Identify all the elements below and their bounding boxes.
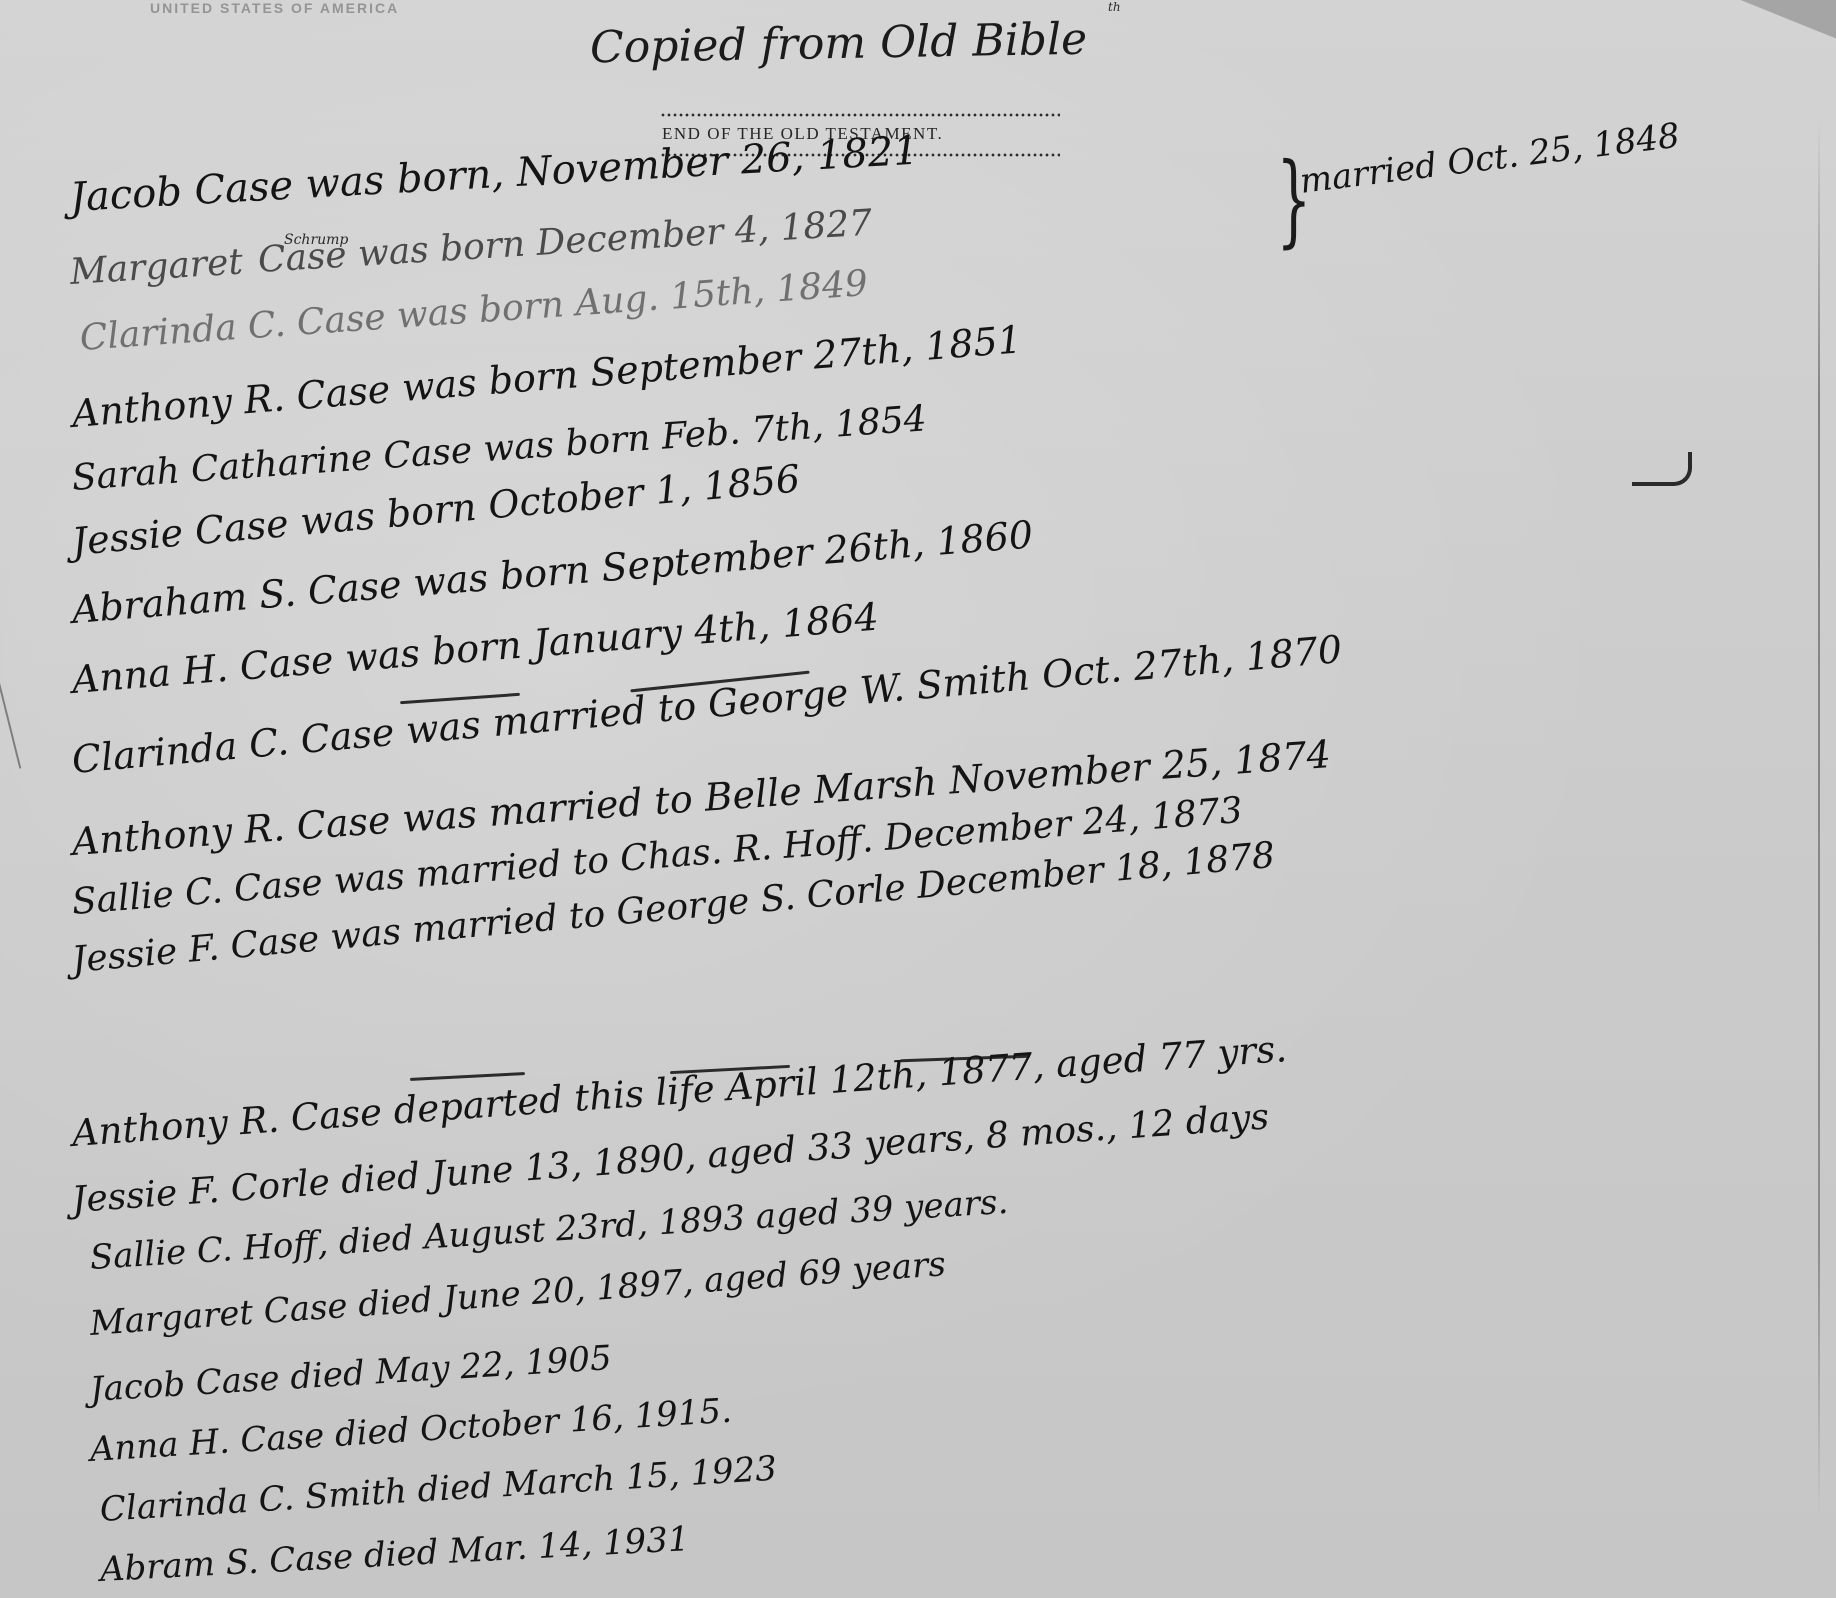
hook-mark <box>1632 452 1692 486</box>
page-left-edge-mark <box>0 661 21 768</box>
corner-mark: th <box>1108 0 1121 14</box>
document-title: Copied from Old Bible <box>590 14 1088 74</box>
death-entry: Abram S. Case died Mar. 14, 1931 <box>99 1519 690 1590</box>
underline-mark <box>410 1072 525 1081</box>
death-entry: Jacob Case died May 22, 1905 <box>89 1338 613 1410</box>
header-fragment: UNITED STATES OF AMERICA <box>150 0 399 16</box>
parent-birth-margaret-prefix: Margaret <box>69 241 244 292</box>
page-right-edge <box>1818 120 1820 1520</box>
page-corner-shadow <box>1711 0 1836 48</box>
parents-marriage-note: married Oct. 25, 1848 <box>1298 116 1682 202</box>
scanned-page: UNITED STATES OF AMERICA th Copied from … <box>0 0 1836 1598</box>
dotted-rule-top <box>660 112 1060 118</box>
